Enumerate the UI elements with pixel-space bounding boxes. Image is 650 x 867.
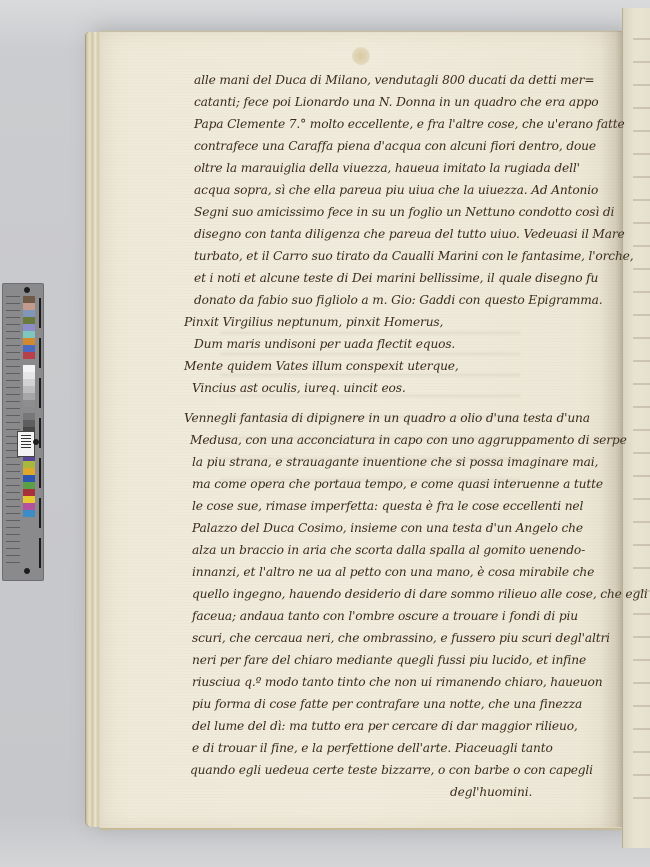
color-swatch (23, 379, 35, 386)
text-line: acqua sopra, sì che ella pareua piu uiua… (194, 182, 598, 198)
text-line: quello ingegno, hauendo desiderio di dar… (192, 586, 648, 602)
text-line: innanzi, et l'altro ne ua al petto con u… (192, 564, 594, 580)
text-line: quando egli uedeua certe teste bizzarre,… (190, 762, 593, 778)
color-swatch (23, 496, 35, 503)
text-line: del lume del dì: ma tutto era per cercar… (192, 718, 578, 734)
color-swatch (23, 365, 35, 372)
text-line: Palazzo del Duca Cosimo, insieme con una… (192, 520, 583, 536)
color-swatch (23, 400, 35, 407)
color-swatch (23, 393, 35, 400)
color-swatch (23, 345, 35, 352)
color-swatch (23, 503, 35, 510)
text-line: alle mani del Duca di Milano, vendutagli… (194, 72, 594, 88)
text-line: Medusa, con una acconciatura in capo con… (190, 432, 627, 448)
color-swatch (23, 372, 35, 379)
epigram-line: Dum maris undisoni per uada flectit equo… (194, 336, 455, 352)
text-line: alza un braccio in aria che scorta dalla… (192, 542, 585, 558)
gutter-shadow (600, 31, 622, 827)
color-swatch (23, 338, 35, 345)
text-line: oltre la marauiglia della viuezza, haueu… (194, 160, 580, 176)
color-swatch (23, 317, 35, 324)
text-line: Papa Clemente 7.° molto eccellente, e fr… (194, 116, 625, 132)
epigram-line: Pinxit Virgilius neptunum, pinxit Homeru… (184, 314, 443, 330)
mounting-hole (33, 439, 39, 445)
color-swatch (23, 331, 35, 338)
text-line: contrafece una Caraffa piena d'acqua con… (194, 138, 596, 154)
facing-page-text (633, 38, 650, 808)
text-line: ma come opera che portaua tempo, e come … (192, 476, 603, 492)
text-line: donato da fabio suo figliolo a m. Gio: G… (194, 292, 603, 308)
text-line: e di trouar il fine, e la perfettione de… (192, 740, 553, 756)
color-swatches (23, 296, 35, 517)
catchword: degl'huomini. (450, 784, 532, 800)
text-line: catanti; fece poi Lionardo una N. Donna … (194, 94, 598, 110)
text-line: faceua; andaua tanto con l'ombre oscure … (192, 608, 578, 624)
text-line: Segni suo amicissimo fece in su un fogli… (194, 204, 614, 220)
color-swatch (23, 461, 35, 468)
color-swatch (23, 324, 35, 331)
color-swatch (23, 386, 35, 393)
color-swatch (23, 420, 35, 427)
color-swatch (23, 468, 35, 475)
text-line: disegno con tanta diligenza che pareua d… (194, 226, 625, 242)
color-swatch (23, 296, 35, 303)
text-line: turbato, et il Carro suo tirato da Caual… (194, 248, 633, 264)
text-line: riusciua q.º modo tanto tinto che non ui… (192, 674, 602, 690)
text-line: scuri, che cercaua neri, che ombrassino,… (192, 630, 610, 646)
text-line: piu forma di cose fatte per contrafare u… (192, 696, 582, 712)
color-swatch (23, 482, 35, 489)
text-line: Vennegli fantasia di dipignere in un qua… (184, 410, 590, 426)
manuscript-page: alle mani del Duca di Milano, vendutagli… (100, 31, 622, 830)
text-line: le cose sue, rimase imperfetta: questa è… (192, 498, 583, 514)
mounting-hole (24, 287, 30, 293)
checker-barcode-label (17, 431, 35, 457)
mounting-hole (24, 568, 30, 574)
epigram-line: Vincius ast oculis, iureq. uincit eos. (192, 380, 406, 396)
checker-scale-ticks (39, 298, 41, 568)
color-swatch (23, 475, 35, 482)
text-line: et i noti et alcune teste di Dei marini … (194, 270, 598, 286)
color-swatch (23, 303, 35, 310)
color-swatch (23, 352, 35, 359)
text-line: neri per fare del chiaro mediante quegli… (192, 652, 586, 668)
color-swatch (23, 510, 35, 517)
text-line: la piu strana, e strauagante inuentione … (192, 454, 598, 470)
epigram-line: Mente quidem Vates illum conspexit uterq… (184, 358, 459, 374)
color-swatch (23, 413, 35, 420)
color-swatch (23, 310, 35, 317)
color-swatch (23, 489, 35, 496)
facing-page-edge (622, 8, 650, 848)
color-checker-card (2, 283, 44, 581)
paper-stain (352, 47, 370, 65)
